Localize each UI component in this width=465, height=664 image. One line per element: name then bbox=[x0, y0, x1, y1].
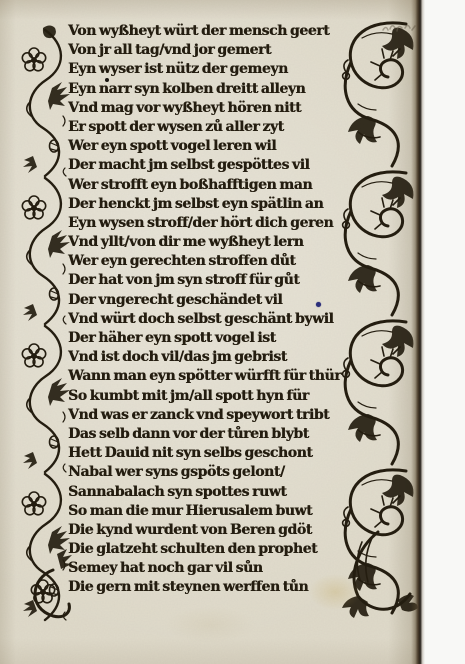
poem-line: Wer eyn spott vogel leren wil bbox=[68, 137, 342, 156]
poem-line: So kumbt mit jm/all spott hyn für bbox=[68, 387, 342, 406]
paper-stain-faint bbox=[150, 600, 270, 650]
page-fore-edge bbox=[411, 0, 425, 664]
paper-stain bbox=[300, 568, 370, 616]
poem-line: Eyn wysen stroff/der hört dich geren bbox=[68, 214, 342, 233]
poem-line: Eyn narr syn kolben dreitt alleyn bbox=[68, 80, 342, 99]
poem-line: Eyn wyser ist nütz der gemeyn bbox=[68, 60, 342, 79]
poem-text-block: Von wyßheyt würt der mensch geertVon jr … bbox=[68, 22, 342, 598]
poem-line: Vnd was er zanck vnd speywort tribt bbox=[68, 406, 342, 425]
poem-line: Von jr all tag/vnd jor gemert bbox=[68, 41, 342, 60]
floral-vine-woodcut-border bbox=[21, 28, 67, 620]
poem-line: Er spott der wysen zů aller zyt bbox=[68, 118, 342, 137]
acanthus-scroll-woodcut-border bbox=[338, 18, 416, 614]
poem-line: Wann man eyn spötter würfft für thür bbox=[68, 367, 342, 386]
poem-line: Der häher eyn spott vogel ist bbox=[68, 329, 342, 348]
poem-line: Sannabalach syn spottes ruwt bbox=[68, 483, 342, 502]
poem-line: Der henckt jm selbst eyn spätlin an bbox=[68, 195, 342, 214]
poem-line: Der vngerecht geschändet vil bbox=[68, 291, 342, 310]
poem-line: Nabal wer syns gspöts gelont/ bbox=[68, 463, 342, 482]
small-blue-ink-dot bbox=[316, 302, 321, 307]
poem-line: Wer eyn gerechten stroffen důt bbox=[68, 252, 342, 271]
poem-line: Hett Dauid nit syn selbs geschont bbox=[68, 444, 342, 463]
poem-line: Von wyßheyt würt der mensch geert bbox=[68, 22, 342, 41]
paper-leaf: Von wyßheyt würt der mensch geertVon jr … bbox=[0, 0, 418, 664]
poem-line: Vnd yllt/von dir me wyßheyt lern bbox=[68, 233, 342, 252]
book-page-scan: Von wyßheyt würt der mensch geertVon jr … bbox=[0, 0, 465, 664]
poem-line: Das selb dann vor der tůren blybt bbox=[68, 425, 342, 444]
poem-line: Semey hat noch gar vil sůn bbox=[68, 559, 342, 578]
poem-line: Die kynd wurdent von Beren gdöt bbox=[68, 521, 342, 540]
small-black-ink-dot bbox=[105, 78, 109, 82]
poem-line: So man die mur Hierusalem buwt bbox=[68, 502, 342, 521]
poem-line: Die glatzeht schulten den prophet bbox=[68, 540, 342, 559]
poem-line: Der hat von jm syn stroff für gůt bbox=[68, 271, 342, 290]
poem-line: Wer strofft eyn boßhafftigen man bbox=[68, 176, 342, 195]
poem-line: Vnd ist doch vil/das jm gebrist bbox=[68, 348, 342, 367]
poem-line: Vnd mag vor wyßheyt hören nitt bbox=[68, 99, 342, 118]
poem-line: Vnd würt doch selbst geschänt bywil bbox=[68, 310, 342, 329]
poem-line: Der macht jm selbst gespöttes vil bbox=[68, 156, 342, 175]
